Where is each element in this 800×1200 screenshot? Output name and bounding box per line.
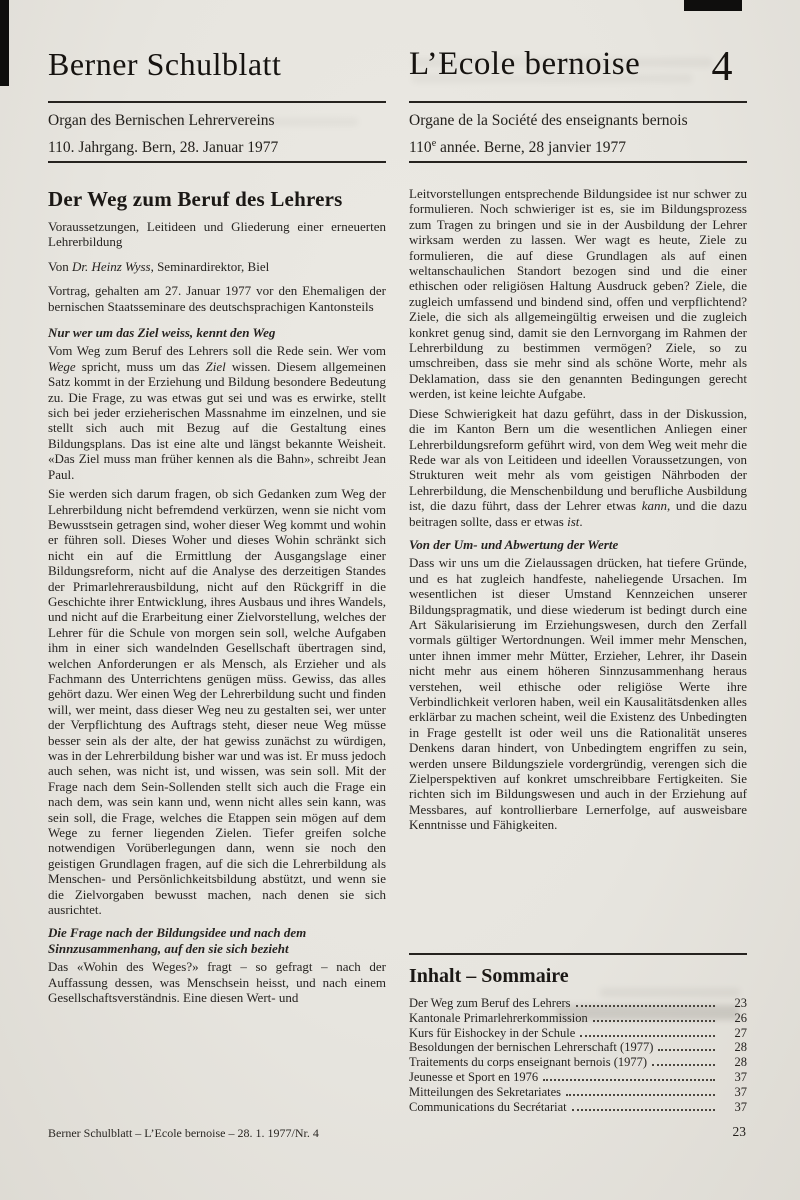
paragraph: Diese Schwierigkeit hat dazu geführt, da… — [409, 406, 747, 529]
toc-dot-leader — [652, 1064, 715, 1066]
byline-prefix: Von — [48, 259, 72, 274]
toc-dot-leader — [566, 1094, 715, 1096]
text-run: . — [579, 514, 582, 529]
issue-number: 4 — [700, 44, 744, 90]
toc-row: Jeunesse et Sport en 197637 — [409, 1070, 747, 1085]
toc-dot-leader — [593, 1020, 715, 1022]
toc-row: Kantonale Primarlehrerkommission26 — [409, 1011, 747, 1026]
paragraph: Sie werden sich darum fragen, ob sich Ge… — [48, 486, 386, 917]
emphasized-word: kann — [642, 498, 667, 513]
toc-label: Der Weg zum Beruf des Lehrers — [409, 996, 571, 1011]
toc-dot-leader — [658, 1049, 715, 1051]
toc-dot-leader — [543, 1079, 715, 1081]
toc-row: Besoldungen der bernischen Lehrerschaft … — [409, 1040, 747, 1055]
toc-row: Kurs für Eishockey in der Schule27 — [409, 1026, 747, 1041]
toc-page-number: 37 — [721, 1100, 747, 1115]
toc-label: Communications du Secrétariat — [409, 1100, 567, 1115]
byline-suffix: , Seminardirektor, Biel — [151, 259, 270, 274]
toc-page-number: 23 — [721, 996, 747, 1011]
article-subtitle: Voraussetzungen, Leitideen und Gliederun… — [48, 219, 386, 250]
organ-line-french: Organe de la Société des enseignants ber… — [409, 107, 749, 134]
toc-label: Kantonale Primarlehrerkommission — [409, 1011, 588, 1026]
article-left-column: Der Weg zum Beruf des Lehrers Voraussetz… — [48, 186, 386, 1010]
toc-row: Traitements du corps enseignant bernois … — [409, 1055, 747, 1070]
volume-number-french: 110 — [409, 139, 432, 156]
toc-dot-leader — [576, 1005, 715, 1007]
article-title: Der Weg zum Beruf des Lehrers — [48, 186, 386, 212]
article-right-column: Leitvorstellungen entsprechende Bildungs… — [409, 186, 747, 837]
text-run: Vom Weg zum Beruf des Lehrers soll die R… — [48, 343, 386, 358]
byline: Von Dr. Heinz Wyss, Seminardirektor, Bie… — [48, 259, 386, 274]
toc-label: Jeunesse et Sport en 1976 — [409, 1070, 538, 1085]
toc-label: Kurs für Eishockey in der Schule — [409, 1026, 575, 1041]
toc-page-number: 28 — [721, 1055, 747, 1070]
masthead-title-french: L’Ecole bernoise — [409, 42, 640, 86]
toc-page-number: 37 — [721, 1085, 747, 1100]
toc-heading: Inhalt – Sommaire — [409, 963, 747, 989]
scan-corner-mark-icon — [684, 0, 742, 11]
toc-page-number: 26 — [721, 1011, 747, 1026]
subheader-german: Organ des Bernischen Lehrervereins 110. … — [48, 107, 388, 161]
toc-page-number: 27 — [721, 1026, 747, 1041]
divider-rule — [409, 101, 747, 103]
divider-rule — [48, 161, 386, 163]
subheader-french: Organe de la Société des enseignants ber… — [409, 107, 749, 161]
section-heading: Von der Um- und Abwertung der Werte — [409, 537, 747, 552]
table-of-contents: Inhalt – Sommaire Der Weg zum Beruf des … — [409, 953, 747, 1114]
section-heading: Nur wer um das Ziel weiss, kennt den Weg — [48, 325, 386, 340]
emphasized-word: Wege — [48, 359, 76, 374]
toc-dot-leader — [580, 1035, 715, 1037]
paragraph: Das «Wohin des Weges?» fragt – so gefrag… — [48, 959, 386, 1005]
lecture-note: Vortrag, gehalten am 27. Januar 1977 vor… — [48, 283, 386, 314]
scan-edge-mark-icon — [0, 0, 9, 86]
toc-row: Communications du Secrétariat37 — [409, 1100, 747, 1115]
organ-line-german: Organ des Bernischen Lehrervereins — [48, 107, 388, 134]
paragraph: Dass wir uns um die Zielaussagen drücken… — [409, 555, 747, 832]
scanned-journal-page: { "masthead": { "title_de": "Berner Schu… — [0, 0, 800, 1200]
author-name: Dr. Heinz Wyss — [72, 259, 151, 274]
paragraph: Leitvorstellungen entsprechende Bildungs… — [409, 186, 747, 402]
text-run: Diese Schwierigkeit hat dazu geführt, da… — [409, 406, 747, 513]
volume-line-french: 110e année. Berne, 28 janvier 1977 — [409, 134, 749, 161]
text-run: spricht, muss um das — [76, 359, 206, 374]
masthead-title-german: Berner Schulblatt — [48, 42, 281, 86]
paragraph: Vom Weg zum Beruf des Lehrers soll die R… — [48, 343, 386, 482]
page-number: 23 — [702, 1124, 746, 1140]
toc-page-number: 37 — [721, 1070, 747, 1085]
emphasized-word: ist — [567, 514, 579, 529]
toc-row: Mitteilungen des Sekretariates37 — [409, 1085, 747, 1100]
emphasized-word: Ziel — [206, 359, 226, 374]
section-heading: Die Frage nach der Bildungsidee und nach… — [48, 925, 386, 956]
footer-imprint: Berner Schulblatt – L’Ecole bernoise – 2… — [48, 1126, 319, 1141]
toc-page-number: 28 — [721, 1040, 747, 1055]
toc-label: Mitteilungen des Sekretariates — [409, 1085, 561, 1100]
text-run: wissen. Diesem allgemeinen Satz kommt in… — [48, 359, 386, 482]
volume-line-german: 110. Jahrgang. Bern, 28. Januar 1977 — [48, 134, 388, 161]
volume-rest-french: année. Berne, 28 janvier 1977 — [436, 139, 626, 156]
divider-rule — [48, 101, 386, 103]
toc-label: Besoldungen der bernischen Lehrerschaft … — [409, 1040, 653, 1055]
toc-dot-leader — [572, 1109, 715, 1111]
divider-rule — [409, 161, 747, 163]
toc-row: Der Weg zum Beruf des Lehrers23 — [409, 996, 747, 1011]
toc-label: Traitements du corps enseignant bernois … — [409, 1055, 647, 1070]
